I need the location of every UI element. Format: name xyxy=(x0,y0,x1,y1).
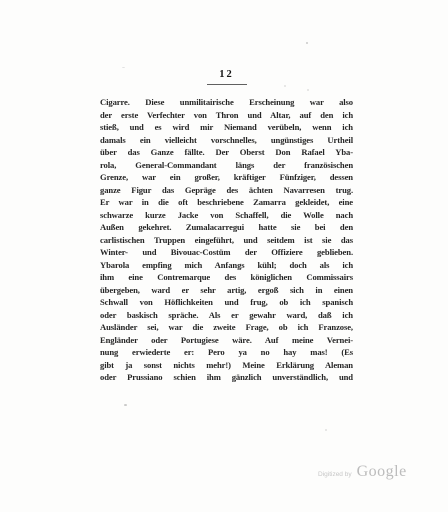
scan-speck xyxy=(325,429,327,431)
text-line: Außen gekehret. Zumalacarregui hatte sie… xyxy=(100,221,353,234)
text-line: oder Prussiano schien ihm gänzlich unver… xyxy=(100,371,353,384)
text-line: ganze Figur das Gepräge des ächten Navar… xyxy=(100,184,353,197)
text-line: gibt ja sonst nichts mehr!) Meine Erklär… xyxy=(100,359,353,372)
text-line: Grenze, war ein großer, kräftiger Fünfzi… xyxy=(100,171,353,184)
text-line: rola, General-Commandant längs der franz… xyxy=(100,159,353,172)
text-line: schwarze kurze Jacke von Schaffell, die … xyxy=(100,209,353,222)
digitized-by-google-watermark: Digitized by Google xyxy=(318,463,407,481)
text-line: oder baskisch spräche. Als er gewahr war… xyxy=(100,309,353,322)
text-line: Schwall von Höflichkeiten und frug, ob i… xyxy=(100,296,353,309)
text-line: über das Ganze fällte. Der Oberst Don Ra… xyxy=(100,146,353,159)
text-line: ihm eine Contremarque des königlichen Co… xyxy=(100,271,353,284)
page-header: 12 xyxy=(100,69,353,85)
watermark-prefix-text: Digitized by xyxy=(318,471,352,478)
text-line: Winter- und Bivouac-Costüm der Offiziere… xyxy=(100,246,353,259)
text-line: der erste Verfechter von Thron und Altar… xyxy=(100,109,353,122)
body-text: Cigarre. Diese unmilitairische Erscheinu… xyxy=(100,96,353,384)
text-line: nung erwiederte er: Pero ya no hay mas! … xyxy=(100,346,353,359)
text-line: stieß, und es wird mir Niemand verübeln,… xyxy=(100,121,353,134)
scan-speck xyxy=(306,42,308,44)
google-logo: Google xyxy=(357,463,407,481)
page-number-rule xyxy=(207,84,247,85)
text-line: übergeben, ward er sehr artig, ergoß sic… xyxy=(100,284,353,297)
page-number: 12 xyxy=(100,69,353,80)
text-line: Ausländer sei, war die zweite Frage, ob … xyxy=(100,321,353,334)
text-line: Er war in die oft beschriebene Zamarra g… xyxy=(100,196,353,209)
text-line: Engländer oder Portugiese wäre. Auf mein… xyxy=(100,334,353,347)
scan-speck xyxy=(307,89,309,91)
scan-speck xyxy=(124,404,127,406)
scanned-book-page: 12 Cigarre. Diese unmilitairische Ersche… xyxy=(0,0,448,512)
scan-speck xyxy=(284,85,286,87)
text-line: Ybarola empfing mich Anfangs kühl; doch … xyxy=(100,259,353,272)
text-line: Cigarre. Diese unmilitairische Erscheinu… xyxy=(100,96,353,109)
text-line: carlistischen Truppen eingeführt, und se… xyxy=(100,234,353,247)
text-line: damals ein vielleicht vorschnelles, ungü… xyxy=(100,134,353,147)
scan-speck xyxy=(122,67,125,68)
